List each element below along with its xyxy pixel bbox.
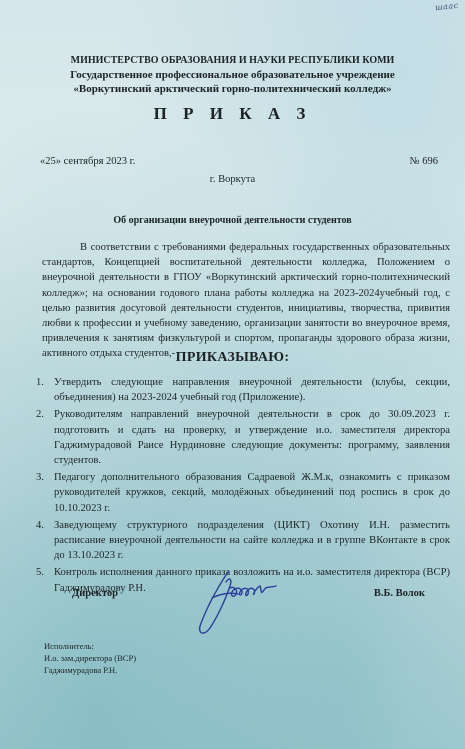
item-number: 1. [36, 375, 44, 390]
item-text: Руководителям направлений внеурочной дея… [54, 409, 450, 466]
order-item: 1. Утвердить следующие направления внеур… [36, 375, 450, 405]
ministry-name: МИНИСТЕРСТВО ОБРАЗОВАНИЯ И НАУКИ РЕСПУБЛ… [0, 54, 465, 68]
order-heading: ПРИКАЗЫВАЮ: [0, 350, 465, 366]
handwritten-signature-icon [190, 564, 290, 644]
executor-label: Исполнитель: [44, 640, 136, 652]
item-number: 2. [36, 407, 44, 422]
executor-name: Гаджимурадова Р.Н. [44, 664, 136, 676]
item-number: 4. [36, 518, 44, 533]
document-header: МИНИСТЕРСТВО ОБРАЗОВАНИЯ И НАУКИ РЕСПУБЛ… [0, 54, 465, 96]
item-text: Педагогу дополнительного образования Сад… [54, 472, 450, 513]
order-city: г. Воркута [0, 174, 465, 185]
document-title: П Р И К А З [0, 104, 465, 124]
item-text: Утвердить следующие направления внеурочн… [54, 377, 450, 403]
institution-type: Государственное профессиональное образов… [0, 68, 465, 82]
order-item: 3. Педагогу дополнительного образования … [36, 470, 450, 516]
order-number: № 696 [410, 156, 438, 167]
signature-block: Директор В.Б. Волок [0, 586, 465, 646]
order-item: 4. Заведующему структурного подразделени… [36, 518, 450, 564]
order-item: 2. Руководителям направлений внеурочной … [36, 407, 450, 468]
preamble-paragraph: В соответствии с требованиями федеральны… [42, 240, 450, 362]
executor-block: Исполнитель: И.о. зам.директора (ВСР) Га… [44, 640, 136, 676]
order-subject: Об организации внеурочной деятельности с… [0, 215, 465, 226]
signatory-name: В.Б. Волок [374, 588, 425, 599]
signatory-role: Директор [72, 588, 118, 599]
item-number: 3. [36, 470, 44, 485]
executor-position: И.о. зам.директора (ВСР) [44, 652, 136, 664]
college-name: «Воркутинский арктический горно-политехн… [0, 82, 465, 96]
item-text: Заведующему структурного подразделения (… [54, 520, 450, 561]
item-number: 5. [36, 565, 44, 580]
handwritten-corner-note: шаас [435, 1, 459, 12]
document-page: шаас МИНИСТЕРСТВО ОБРАЗОВАНИЯ И НАУКИ РЕ… [0, 0, 465, 749]
order-date: «25» сентября 2023 г. [40, 156, 135, 167]
